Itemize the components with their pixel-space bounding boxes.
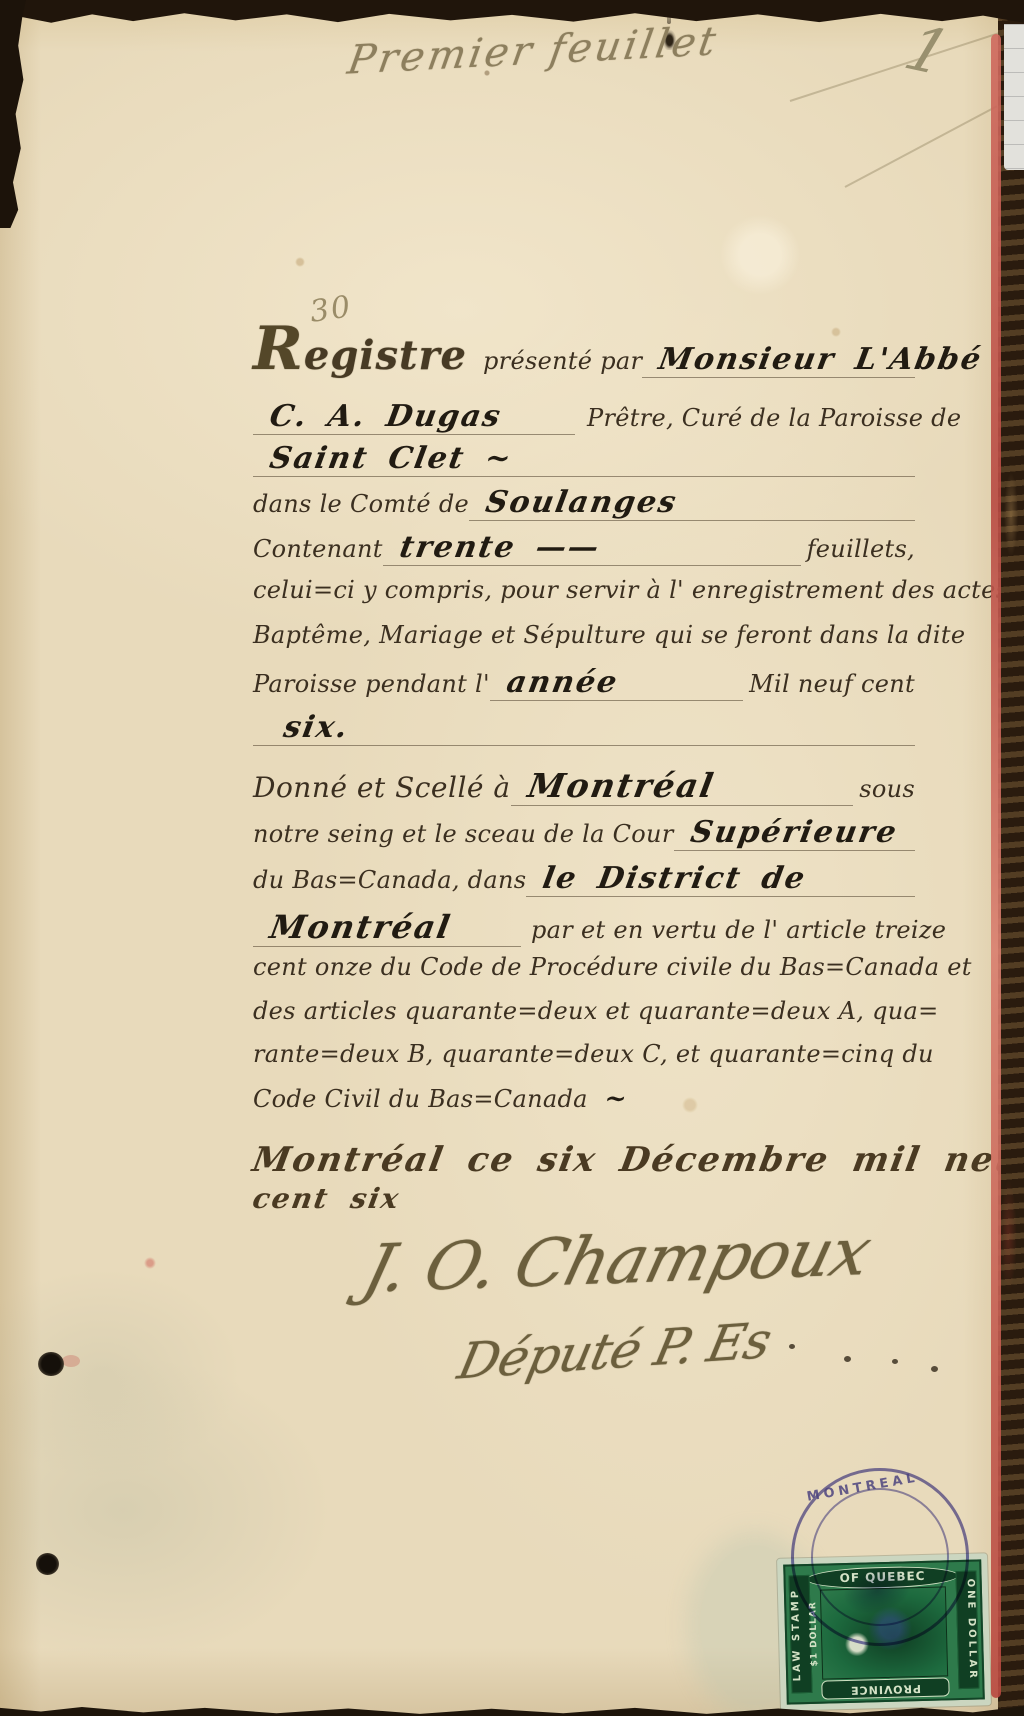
paper-crease bbox=[845, 105, 998, 188]
ink-smear bbox=[62, 1355, 80, 1367]
printed-text: Donné et Scellé à bbox=[253, 771, 511, 804]
ink-speck bbox=[892, 1359, 898, 1364]
handwritten-entry: Saint Clet ~ bbox=[253, 441, 520, 476]
handwritten-entry: trente —— bbox=[383, 530, 607, 565]
signature-name: J. O. Champoux bbox=[356, 1213, 878, 1307]
form-line: C. A. Dugas Prêtre, Curé de la Paroisse … bbox=[253, 399, 915, 435]
handwritten-entry: Supérieure bbox=[674, 815, 905, 850]
printed-text: Prêtre, Curé de la Paroisse de bbox=[587, 404, 961, 432]
form-line: Donné et Scellé à Montréal sous bbox=[253, 766, 915, 806]
printed-text: sous bbox=[859, 775, 915, 803]
handwritten-entry: année bbox=[490, 665, 625, 700]
form-line: des articles quarante=deux et quarante=d… bbox=[253, 997, 915, 1025]
fill-rule: trente —— bbox=[383, 530, 801, 566]
ink-speck bbox=[844, 1356, 851, 1362]
fill-rule: Montréal bbox=[511, 766, 854, 806]
form-line: rante=deux B, quarante=deux C, et quaran… bbox=[253, 1040, 915, 1068]
fill-rule: Supérieure bbox=[674, 815, 915, 851]
punch-hole bbox=[38, 1352, 64, 1376]
form-line: cent onze du Code de Procédure civile du… bbox=[253, 953, 915, 981]
printed-text: présenté par bbox=[483, 347, 642, 375]
fill-rule: Monsieur L'Abbé bbox=[642, 342, 915, 378]
printed-text: Code Civil du Bas=Canada bbox=[253, 1085, 588, 1113]
form-line: dans le Comté de Soulanges bbox=[253, 485, 915, 521]
fill-rule: Soulanges bbox=[469, 485, 915, 521]
printed-text: par et en vertu de l' article treize bbox=[531, 916, 946, 944]
signature-title: Député P. Es bbox=[453, 1311, 776, 1390]
next-page-sliver bbox=[1004, 24, 1024, 170]
handwritten-flourish: ~ bbox=[588, 1084, 635, 1114]
form-line: notre seing et le sceau de la Cour Supér… bbox=[253, 815, 915, 851]
fill-rule: le District de bbox=[526, 861, 915, 897]
handwritten-entry: C. A. Dugas bbox=[253, 399, 509, 434]
book-edge-top bbox=[0, 0, 1024, 24]
form-line: Baptême, Mariage et Sépulture qui se fer… bbox=[253, 621, 915, 649]
header-note: Premier feuillet bbox=[345, 18, 722, 83]
form-line: celui=ci y compris, pour servir à l' enr… bbox=[253, 576, 915, 604]
form-line: du Bas=Canada, dans le District de bbox=[253, 861, 915, 897]
register-title-word: Registre bbox=[253, 314, 467, 384]
form-line: six. bbox=[253, 710, 915, 746]
paper-crease bbox=[790, 30, 1007, 102]
printed-text: notre seing et le sceau de la Cour bbox=[253, 820, 674, 848]
stamp-text-province: PROVINCE bbox=[821, 1677, 949, 1699]
handwritten-entry: Monsieur L'Abbé bbox=[642, 342, 989, 377]
ink-speck bbox=[789, 1344, 795, 1349]
dateline-2: cent six bbox=[250, 1182, 403, 1215]
printed-text: Contenant bbox=[253, 535, 383, 563]
form-line: Saint Clet ~ bbox=[253, 441, 915, 477]
handwritten-entry: Soulanges bbox=[469, 485, 684, 520]
printed-text: Mil neuf cent bbox=[749, 670, 915, 698]
printed-text: rante=deux B, quarante=deux C, et quaran… bbox=[253, 1040, 934, 1068]
printed-text: Paroisse pendant l' bbox=[253, 670, 490, 698]
fill-rule: six. bbox=[253, 710, 915, 746]
fill-rule: Saint Clet ~ bbox=[253, 441, 915, 477]
handwritten-entry: le District de bbox=[526, 861, 813, 896]
form-line: Montréal par et en vertu de l' article t… bbox=[253, 908, 915, 947]
book-edge-top-left bbox=[0, 0, 26, 228]
handwritten-entry: Montréal bbox=[511, 766, 722, 805]
form-line: Paroisse pendant l' année Mil neuf cent bbox=[253, 665, 915, 701]
printed-text: des articles quarante=deux et quarante=d… bbox=[253, 997, 939, 1025]
register-page-scan: Premier feuillet 1 30 Registre présenté … bbox=[0, 0, 1024, 1716]
fill-rule: Montréal bbox=[253, 908, 521, 947]
fill-rule: C. A. Dugas bbox=[253, 399, 575, 435]
punch-hole bbox=[36, 1553, 59, 1575]
fill-rule: année bbox=[490, 665, 743, 701]
form-line: Contenant trente —— feuillets, bbox=[253, 530, 915, 566]
printed-text: Baptême, Mariage et Sépulture qui se fer… bbox=[253, 621, 965, 649]
ink-speck bbox=[931, 1366, 938, 1372]
form-line-title: Registre présenté par Monsieur L'Abbé bbox=[253, 314, 915, 384]
book-edge-right bbox=[998, 0, 1024, 1716]
handwritten-entry: six. bbox=[253, 710, 356, 745]
printed-text: celui=ci y compris, pour servir à l' enr… bbox=[253, 576, 1024, 604]
form-line: Code Civil du Bas=Canada ~ bbox=[253, 1084, 915, 1114]
page-edge-red-stripe bbox=[991, 34, 1001, 1698]
handwritten-entry: Montréal bbox=[253, 908, 459, 946]
page-number: 1 bbox=[896, 12, 960, 89]
printed-text: dans le Comté de bbox=[253, 490, 469, 518]
printed-text: cent onze du Code de Procédure civile du… bbox=[253, 953, 972, 981]
dateline-1: Montréal ce six Décembre mil neuf bbox=[249, 1140, 1024, 1180]
printed-text: du Bas=Canada, dans bbox=[253, 866, 526, 894]
printed-text: feuillets, bbox=[807, 535, 915, 563]
